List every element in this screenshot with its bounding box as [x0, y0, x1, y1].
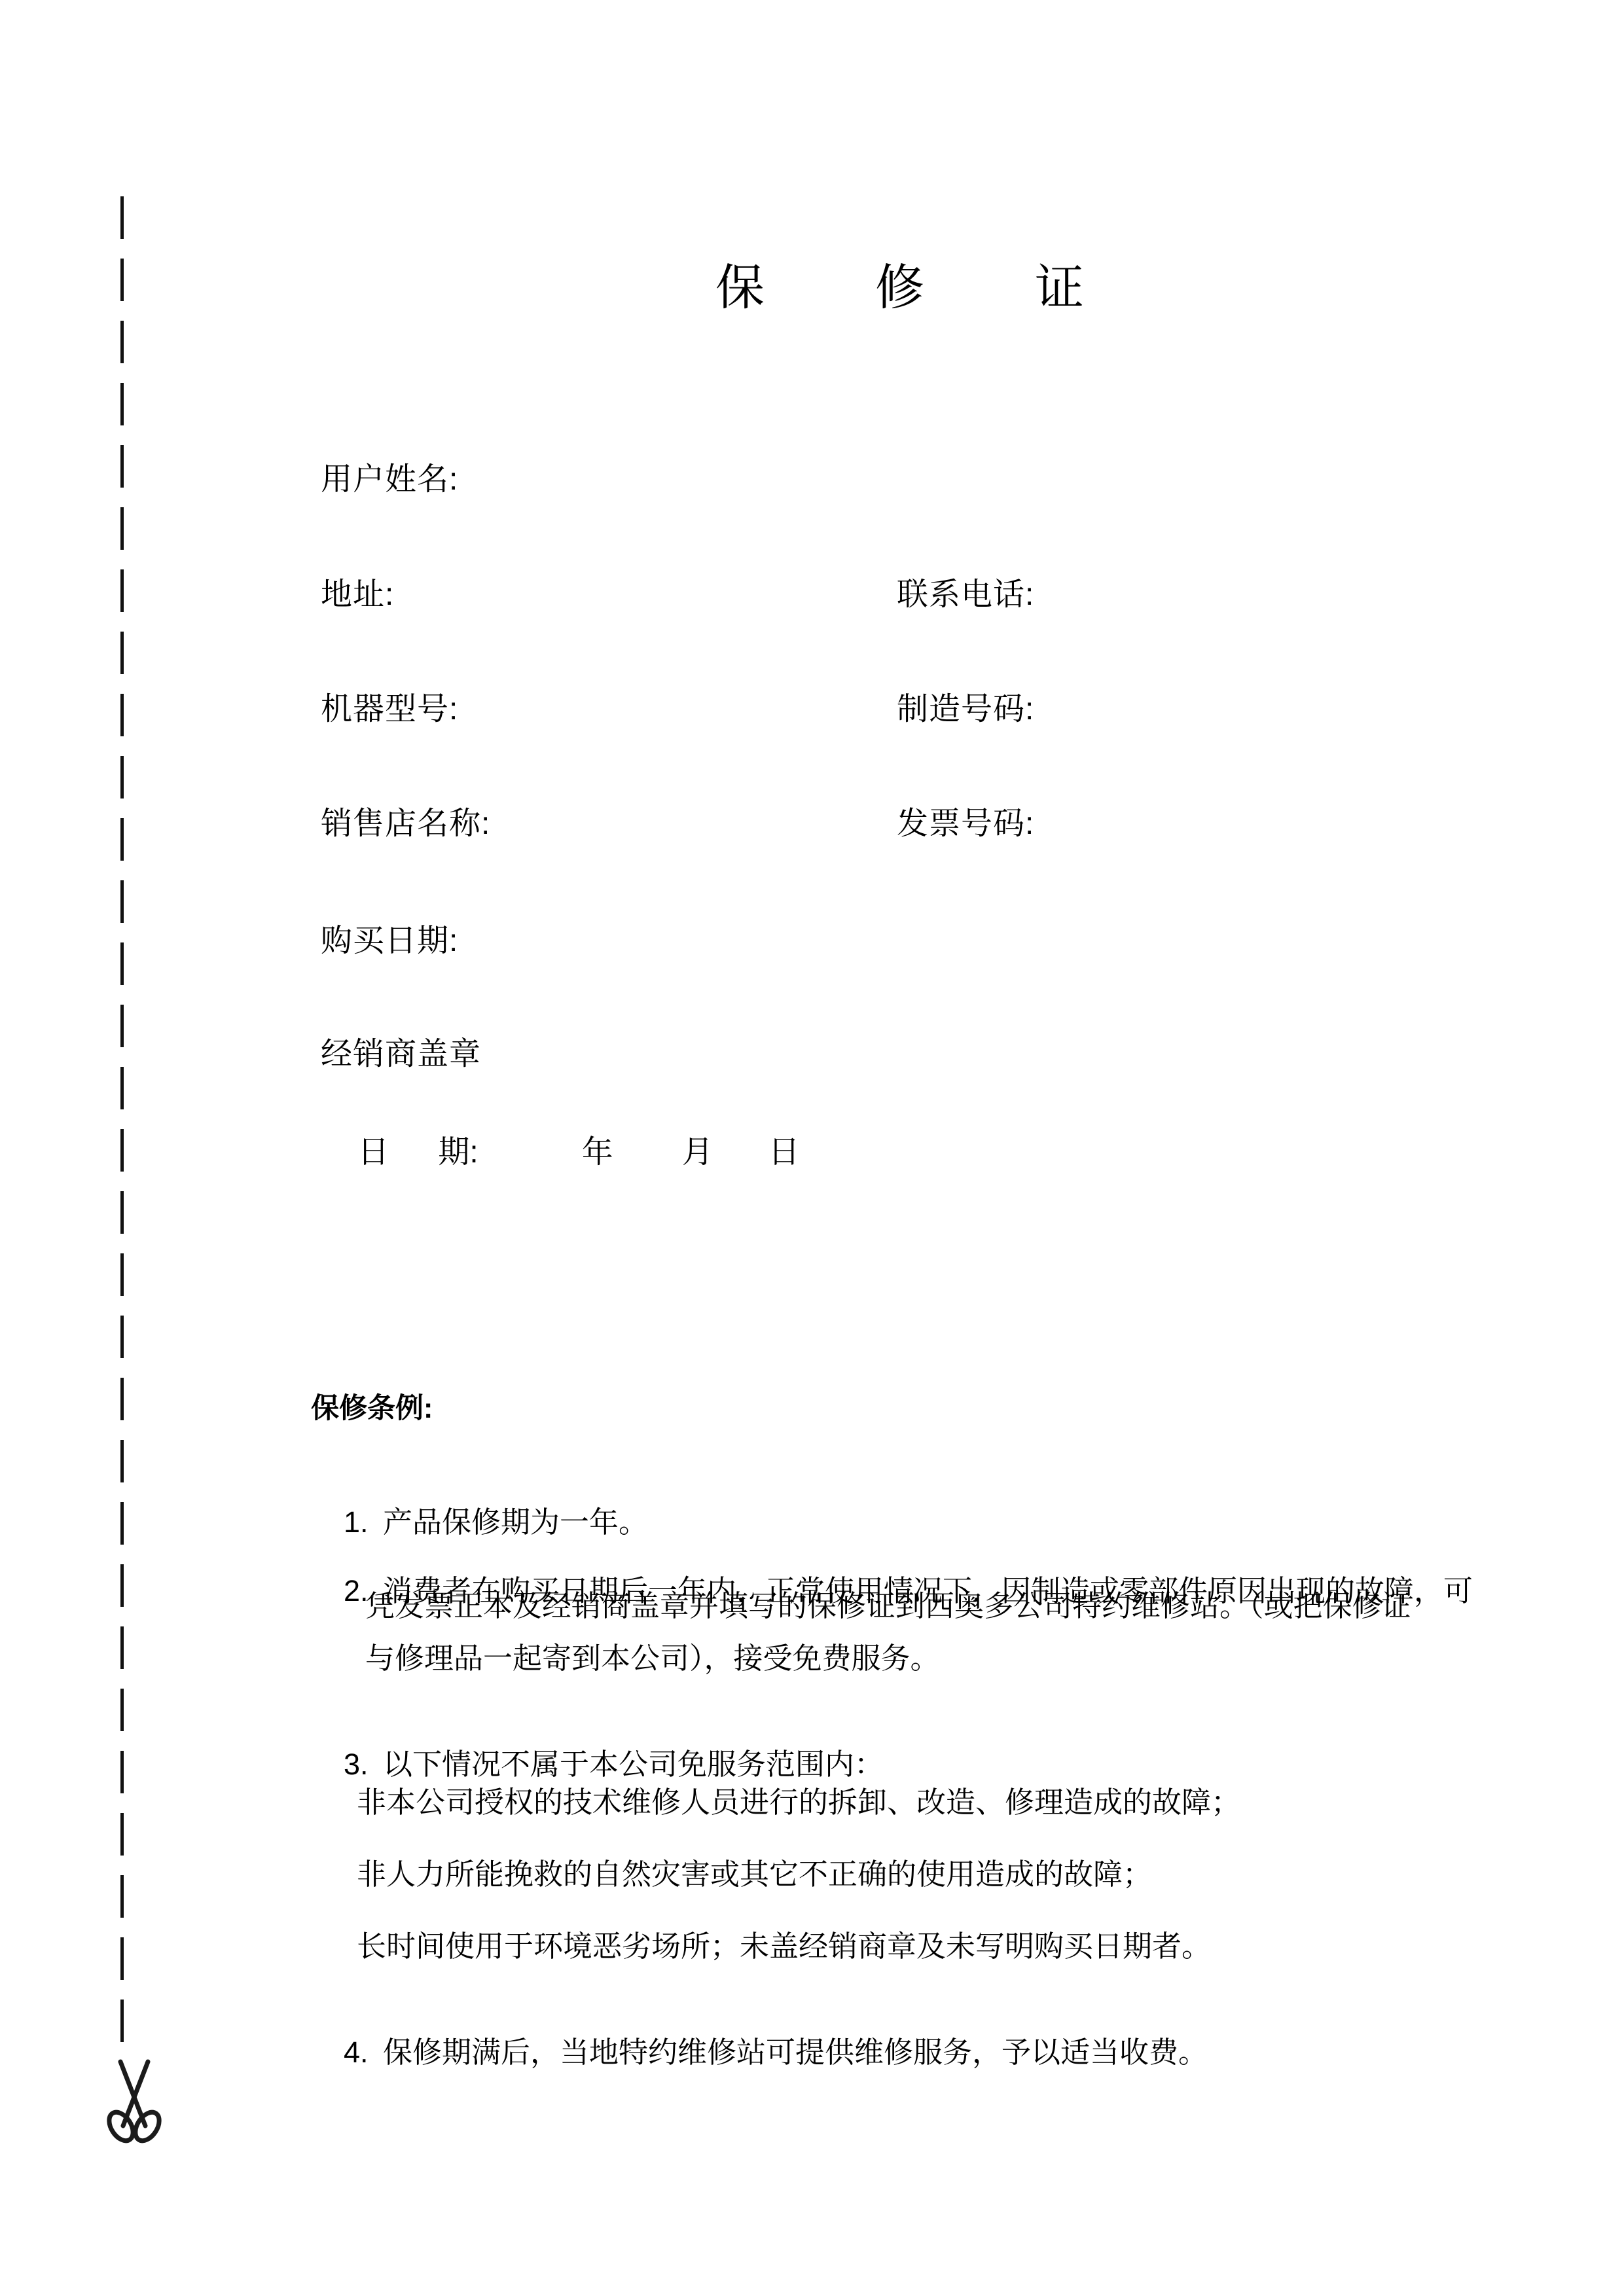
term-3-subitem-3: 长时间使用于环境恶劣场所；未盖经销商章及未写明购买日期者。: [357, 1929, 1211, 1964]
scissors-icon: [107, 2059, 163, 2145]
term-item-4: 4.保修期满后，当地特约维修站可提供维修服务，予以适当收费。: [311, 2001, 1208, 2103]
serial-number-label: 制造号码:: [897, 691, 1034, 727]
stamp-date-month-char: 月: [682, 1134, 713, 1170]
dealer-stamp-label: 经销商盖章: [321, 1036, 481, 1072]
terms-heading: 保修条例:: [311, 1393, 433, 1425]
stamp-date-day-char: 日: [357, 1134, 389, 1170]
stamp-date-period-char: 期:: [438, 1134, 478, 1170]
term-1-number: 1.: [344, 1505, 383, 1539]
page-title: 保修证: [715, 259, 1195, 315]
invoice-number-label: 发票号码:: [897, 806, 1034, 842]
store-name-label: 销售店名称:: [321, 806, 490, 842]
address-label: 地址:: [321, 577, 394, 613]
term-4-text: 保修期满后，当地特约维修站可提供维修服务，予以适当收费。: [383, 2036, 1208, 2069]
term-3-number: 3.: [344, 1748, 383, 1782]
cut-dashed-line: [120, 196, 124, 2058]
term-3-subitem-1: 非本公司授权的技术维修人员进行的拆卸、改造、修理造成的故障；: [357, 1785, 1240, 1820]
purchase-date-label: 购买日期:: [321, 923, 458, 959]
term-4-number: 4.: [344, 2036, 383, 2070]
term-3-subitem-2: 非人力所能挽救的自然灾害或其它不正确的使用造成的故障；: [357, 1857, 1152, 1892]
term-1-text: 产品保修期为一年。: [383, 1505, 648, 1539]
machine-model-label: 机器型号:: [321, 691, 458, 727]
phone-label: 联系电话:: [897, 577, 1034, 613]
term-3-text: 以下情况不属于本公司免服务范围内：: [383, 1748, 884, 1781]
stamp-date-row: 日期:年月日: [323, 1098, 800, 1207]
warranty-certificate-page: 保修证 用户姓名: 地址: 联系电话: 机器型号: 制造号码: 销售店名称: 发…: [0, 0, 1624, 2296]
stamp-date-year-char: 年: [582, 1134, 613, 1170]
user-name-label: 用户姓名:: [321, 461, 458, 497]
term-2-text-line-2: 凭发票正本及经销商盖章并填写的保修证到西奥多公司特约维修站。（或把保修证: [365, 1589, 1411, 1623]
term-2-text-line-3: 与修理品一起寄到本公司），接受免费服务。: [365, 1641, 940, 1676]
stamp-date-date-char: 日: [768, 1134, 800, 1170]
